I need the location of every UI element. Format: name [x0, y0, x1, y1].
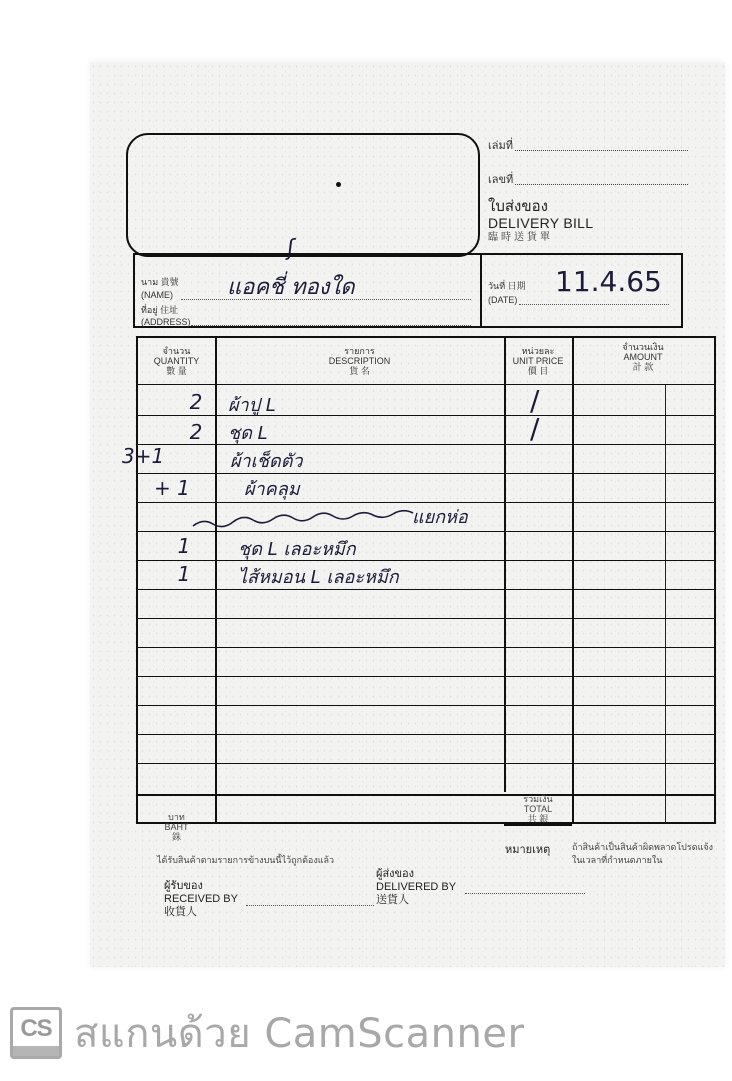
header-quantity: จำนวน QUANTITY 數 量 [138, 346, 215, 376]
header-amount-cn: 計 款 [572, 362, 714, 372]
book-number-label: เล่มที่ [488, 136, 513, 154]
logo-dot [336, 182, 341, 187]
date-line [519, 304, 669, 305]
received-by-line [246, 905, 374, 906]
row-2-qty: 2 [156, 420, 236, 444]
row-5-description: แยกห่อ [412, 502, 468, 531]
row-line [138, 589, 714, 590]
delivered-by-en: DELIVERED BY [376, 881, 456, 894]
camscanner-text: สแกนด้วย CamScanner [74, 1001, 524, 1065]
date-value: 11.4.65 [555, 265, 662, 298]
row-line [138, 705, 714, 706]
header-unit-price: หน่วยละ UNIT PRICE 價 目 [504, 346, 572, 376]
delivered-by-label: ผู้ส่งของ DELIVERED BY 送貨人 [376, 868, 456, 907]
header-unit-price-en: UNIT PRICE [504, 356, 572, 366]
row-line [138, 415, 714, 416]
total-label: รวมเงิน TOTAL 共 銀 [504, 794, 572, 824]
received-note: ได้รับสินค้าตามรายการข้างบนนี้ไว้ถูกต้อง… [157, 853, 334, 867]
row-line [138, 676, 714, 677]
camscanner-logo-text: CS [20, 1015, 51, 1043]
header-unit-price-cn: 價 目 [504, 366, 572, 376]
header-quantity-cn: 數 量 [138, 366, 215, 376]
header-quantity-thai: จำนวน [138, 346, 215, 356]
row-line [138, 734, 714, 735]
address-label-en: (ADDRESS) [141, 317, 191, 327]
remark-text-1: ถ้าสินค้าเป็นสินค้าผิดพลาดโปรดแจ้ง [572, 840, 713, 854]
company-logo-box [126, 133, 480, 257]
info-divider [480, 255, 482, 326]
total-label-thai: รวมเงิน [504, 794, 572, 804]
delivered-by-cn: 送貨人 [376, 894, 456, 907]
received-by-thai: ผู้รับของ [164, 880, 238, 893]
date-label-en: (DATE) [488, 295, 517, 305]
header-unit-price-thai: หน่วยละ [504, 346, 572, 356]
bill-number-field: เลขที่ [488, 170, 688, 188]
row-7-qty: 1 [144, 562, 224, 586]
total-label-cn: 共 銀 [504, 814, 572, 824]
name-label-thai: นาม 貴號 [141, 277, 179, 287]
row-3-description: ผ้าเช็ดตัว [230, 446, 303, 475]
row-2-unit-price: / [530, 412, 539, 445]
delivered-by-thai: ผู้ส่งของ [376, 868, 456, 881]
customer-info-row: นาม 貴號 (NAME) แอคชี่ ทองใด ที่อยู่ 住址 (A… [133, 253, 683, 328]
header-amount-en: AMOUNT [572, 352, 714, 362]
total-row-line [138, 794, 714, 796]
bill-header: เล่มที่ เลขที่ ใบส่งของ DELIVERY BILL 臨時… [488, 136, 688, 245]
col-divider-satang [665, 384, 666, 822]
header-bottom-line [138, 384, 714, 385]
row-1-description: ผ้าปู L [228, 390, 276, 419]
row-3-qty: 3+1 [122, 444, 202, 468]
camscanner-watermark: CS สแกนด้วย CamScanner [10, 1013, 524, 1053]
row-line [138, 647, 714, 648]
row-7-description: ไส้หมอน L เลอะหมึก [238, 562, 399, 591]
baht-label-thai: บาท [138, 812, 215, 822]
header-description-cn: 貨 名 [215, 366, 504, 376]
row-1-qty: 2 [156, 390, 236, 414]
remark-label: หมายเหตุ [505, 840, 550, 858]
col-divider-desc [504, 338, 506, 792]
title-chinese: 臨時送貨單 [488, 231, 688, 245]
delivered-by-line [465, 893, 585, 894]
baht-label-en: BAHT [138, 822, 215, 832]
row-6-qty: 1 [144, 534, 224, 558]
header-quantity-en: QUANTITY [138, 356, 215, 366]
total-box-bottom [504, 824, 572, 826]
title-thai: ใบส่งของ [488, 198, 688, 215]
address-label-thai: ที่อยู่ 住址 [141, 305, 178, 315]
row-6-description: ชุด L เลอะหมึก [238, 534, 356, 563]
baht-label-cn: 銖 [138, 832, 215, 842]
header-description-thai: รายการ [215, 346, 504, 356]
name-label-en: (NAME) [141, 290, 173, 300]
col-divider-unit [572, 338, 574, 822]
customer-name-value: แอคชี่ ทองใด [227, 269, 355, 304]
header-description-en: DESCRIPTION [215, 356, 504, 366]
bill-number-line [515, 183, 688, 185]
row-4-qty: + 1 [154, 476, 234, 500]
row-line [138, 618, 714, 619]
title-english: DELIVERY BILL [488, 215, 688, 231]
received-by-label: ผู้รับของ RECEIVED BY 收貨人 [164, 880, 238, 919]
row-line [138, 473, 714, 474]
camscanner-logo-icon: CS [10, 1007, 62, 1059]
received-by-cn: 收貨人 [164, 906, 238, 919]
row-line [138, 560, 714, 561]
row-line [138, 444, 714, 445]
items-table: จำนวน QUANTITY 數 量 รายการ DESCRIPTION 貨 … [136, 336, 716, 824]
baht-label: บาท BAHT 銖 [138, 812, 215, 842]
remark-text-2: ในเวลาที่กำหนดภายใน [572, 853, 662, 867]
header-amount: จำนวนเงิน AMOUNT 計 款 [572, 342, 714, 372]
row-line [138, 763, 714, 764]
book-number-field: เล่มที่ [488, 136, 688, 154]
header-amount-thai: จำนวนเงิน [572, 342, 714, 352]
total-label-en: TOTAL [504, 804, 572, 814]
address-line [191, 325, 471, 326]
received-by-en: RECEIVED BY [164, 893, 238, 906]
book-number-line [515, 149, 688, 151]
bill-number-label: เลขที่ [488, 170, 513, 188]
header-description: รายการ DESCRIPTION 貨 名 [215, 346, 504, 376]
handwritten-wavy-line [188, 504, 428, 534]
date-label-thai: วันที่ 日期 [488, 281, 526, 291]
row-2-description: ชุด L [228, 418, 268, 447]
row-4-description: ผ้าคลุม [244, 474, 300, 503]
